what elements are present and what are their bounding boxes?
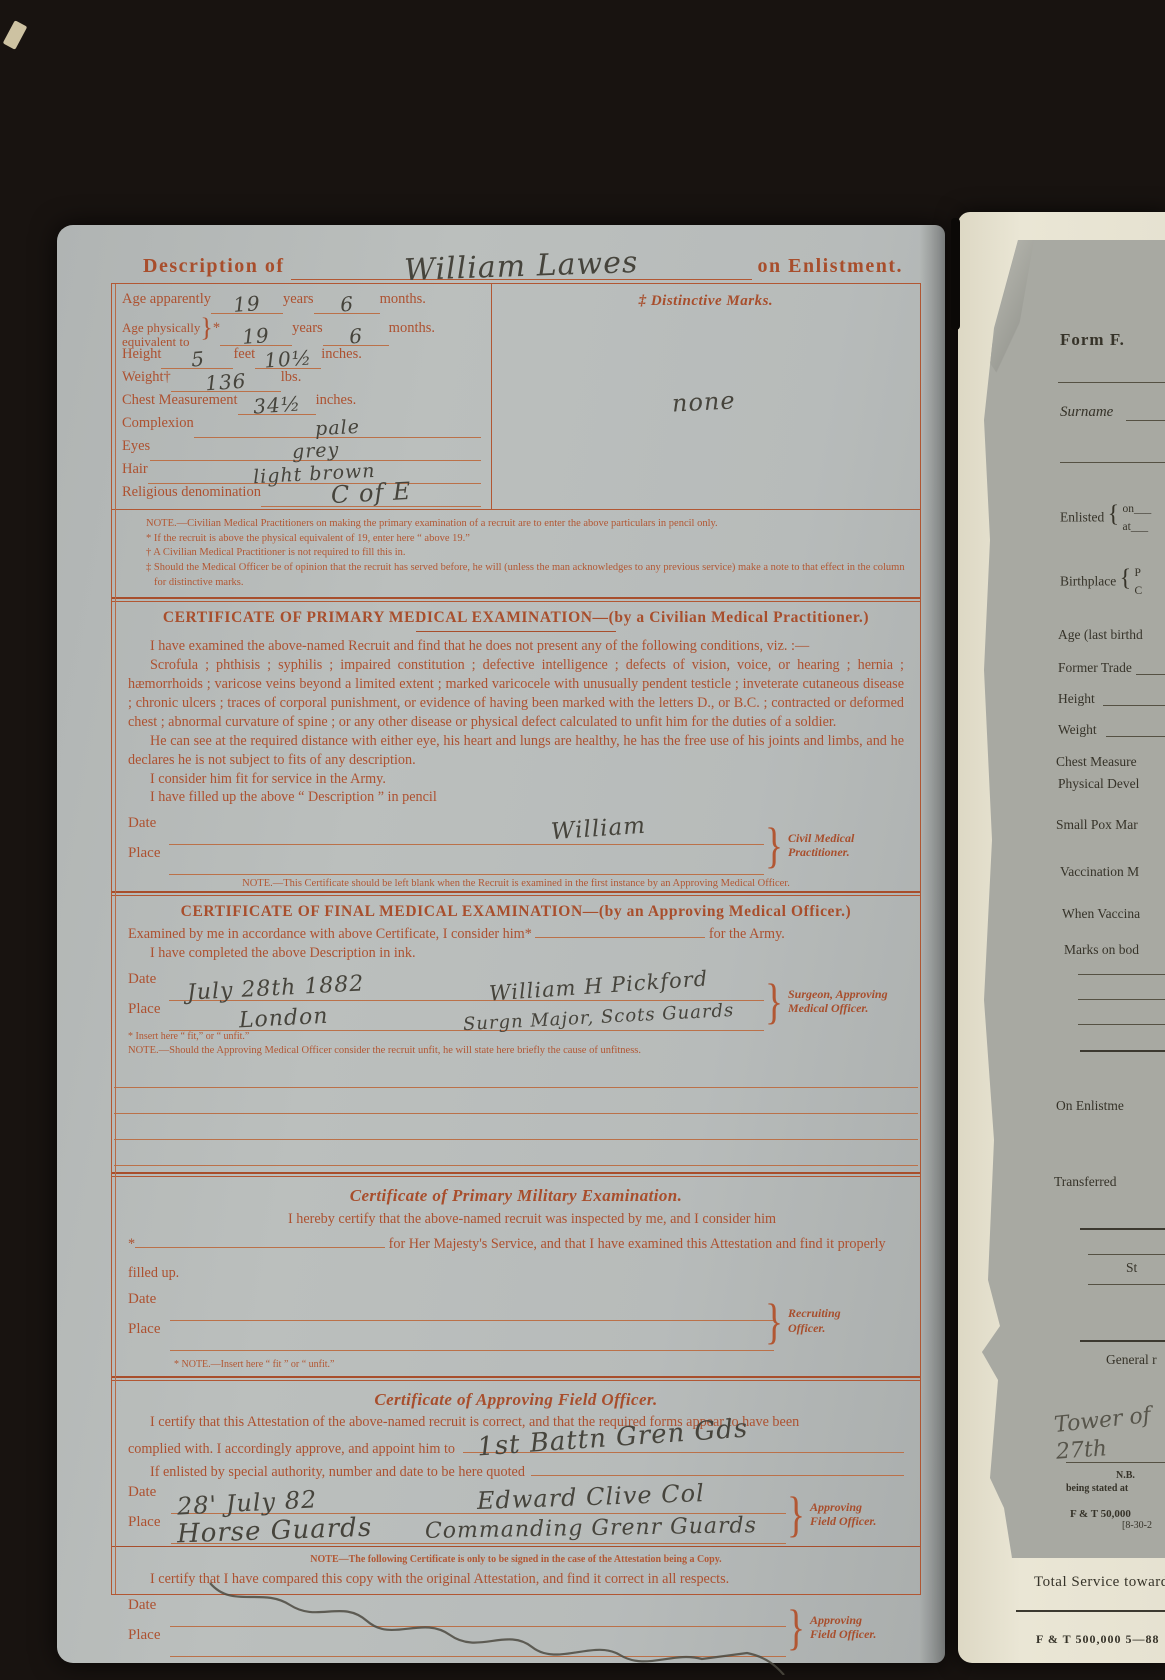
recruit-name-handwritten: William Lawes xyxy=(404,245,639,288)
form-f-field: Height xyxy=(1058,691,1095,707)
final-medical-heading: CERTIFICATE OF FINAL MEDICAL EXAMINATION… xyxy=(128,903,904,921)
place-label: Place xyxy=(128,1001,169,1018)
brace-glyph: } xyxy=(765,1301,783,1341)
approving-medical-officer-signer: } Surgeon, Approving Medical Officer. xyxy=(762,981,910,1021)
desc-row-age-apparently: Age apparently 19 years 6 months. xyxy=(122,291,481,314)
form-f-field: Physical Devel xyxy=(1058,776,1139,792)
military-line3: filled up. xyxy=(128,1264,904,1283)
months-value-handwritten: 6 xyxy=(348,328,363,345)
footnote-double-dagger: ‡ Should the Medical Officer be of opini… xyxy=(146,561,914,590)
thick-rule xyxy=(1016,1610,1165,1612)
surgeon-signature-handwritten: William H Pickford xyxy=(489,966,710,1005)
signer-role-line2: Practitioner. xyxy=(788,845,850,859)
field-unit: months. xyxy=(389,320,435,337)
field-label: Hair xyxy=(122,461,148,478)
form-f-page: Form F. Surname Enlisted { on___ at___ B… xyxy=(958,212,1165,1663)
field-line: 34½ xyxy=(238,394,316,415)
copy-line: I certify that I have compared this copy… xyxy=(128,1570,904,1589)
unfitness-note: NOTE.—Should the Approving Medical Offic… xyxy=(128,1045,904,1056)
copy-note: NOTE—The following Certificate is only t… xyxy=(128,1554,904,1565)
ruled-line xyxy=(1078,974,1165,975)
footnote-pencil: NOTE.—Civilian Medical Practitioners on … xyxy=(146,517,914,532)
form-f-field: Chest Measure xyxy=(1056,754,1137,770)
field-officer-p1b: complied with. I accordingly approve, an… xyxy=(128,1432,904,1459)
copy-certificate-section: NOTE—The following Certificate is only t… xyxy=(112,1547,920,1659)
primary-medical-p1: I have examined the above-named Recruit … xyxy=(128,637,904,656)
religion-value-handwritten: C of E xyxy=(330,481,412,507)
enlisted-on-at: on___ at___ xyxy=(1123,500,1152,537)
title-prefix: Description of xyxy=(143,255,285,278)
place-label: Place xyxy=(128,845,169,862)
date-label: Date xyxy=(128,815,169,832)
field-label: Height xyxy=(122,346,161,363)
appoint-him-text: complied with. I accordingly approve, an… xyxy=(128,1440,455,1459)
military-examination-section: Certificate of Primary Military Examinat… xyxy=(112,1177,920,1376)
primary-medical-p5: I have filled up the above “ Description… xyxy=(128,788,904,807)
paper-speck xyxy=(3,20,28,50)
special-authority-line: If enlisted by special authority, number… xyxy=(128,1463,904,1482)
place-label: Place xyxy=(128,1514,171,1531)
form-f-field: Vaccination M xyxy=(1060,864,1139,880)
signer-role: Civil Medical Practitioner. xyxy=(788,831,910,860)
distinctive-marks-handwritten: none xyxy=(671,390,736,415)
military-line2: * for Her Majesty's Service, and that I … xyxy=(128,1235,904,1254)
ruled-line xyxy=(1066,1462,1165,1463)
consider-him-text: Examined by me in accordance with above … xyxy=(128,926,532,942)
footnote-dagger: † A Civilian Medical Practitioner is not… xyxy=(146,546,914,561)
field-line: C of E xyxy=(261,483,481,507)
place-row: Place xyxy=(128,1321,774,1351)
desc-row-complexion: Complexion pale xyxy=(122,415,481,438)
brace-glyph: } xyxy=(200,318,212,339)
complexion-value-handwritten: pale xyxy=(315,420,361,438)
date-line xyxy=(170,1626,444,1627)
ruled-line xyxy=(1106,736,1165,737)
on-enlistment-label: On Enlistme xyxy=(1056,1098,1124,1114)
signer-role-line2: Medical Officer. xyxy=(788,1001,868,1015)
field-line: grey xyxy=(150,442,481,461)
field-line: pale xyxy=(194,419,481,438)
age-value-handwritten: 19 xyxy=(233,295,262,313)
form-f-field: Age (last birthd xyxy=(1058,627,1143,643)
attestation-page: Description of William Lawes on Enlistme… xyxy=(57,225,945,1663)
nb-fragment: N.B. xyxy=(1116,1470,1135,1481)
surgeon-rank-handwritten: Surgn Major, Scots Guards xyxy=(463,1000,735,1035)
signer-role-line1: Approving xyxy=(810,1613,862,1627)
date-row: Date July 28th 1882 William H Pickford xyxy=(128,971,764,1001)
signer-role: Approving Field Officer. xyxy=(810,1613,910,1642)
authority-line xyxy=(531,1475,904,1476)
birthplace-label: Birthplace xyxy=(1060,573,1116,588)
field-unit: lbs. xyxy=(281,369,302,386)
field-place-handwritten: Horse Guards xyxy=(176,1513,372,1550)
distinctive-marks-heading: ‡ Distinctive Marks. xyxy=(492,293,920,310)
field-line: 19 xyxy=(220,325,292,346)
fit-unfit-line xyxy=(535,937,705,938)
signature-line xyxy=(439,1350,774,1351)
thick-rule xyxy=(1080,1340,1165,1342)
desc-row-chest: Chest Measurement 34½ inches. xyxy=(122,392,481,415)
copy-signature-block: Date Place } Approving xyxy=(128,1597,904,1657)
height-inches-handwritten: 10½ xyxy=(264,349,313,368)
footnote-star: * If the recruit is above the physical e… xyxy=(146,532,914,547)
enlisted-label: Enlisted xyxy=(1060,509,1104,524)
field-unit: inches. xyxy=(316,392,357,409)
field-unit: years xyxy=(283,291,314,308)
desc-row-weight: Weight† 136 lbs. xyxy=(122,369,481,392)
for-the-army-text: for the Army. xyxy=(709,926,785,942)
date-handwritten: 27th xyxy=(1055,1436,1108,1464)
date-row: Date xyxy=(128,1291,774,1321)
age-equiv-value-handwritten: 19 xyxy=(242,327,271,345)
form-f-field: When Vaccina xyxy=(1062,906,1140,922)
page-title: Description of William Lawes on Enlistme… xyxy=(143,245,903,280)
place-row: Place Horse Guards Commanding Grenr Guar… xyxy=(128,1514,786,1544)
title-suffix: on Enlistment. xyxy=(758,255,903,278)
final-medical-signature-block: Date July 28th 1882 William H Pickford P… xyxy=(128,971,904,1031)
commanding-handwritten: Commanding Grenr Guards xyxy=(425,1513,757,1544)
surname-label: Surname xyxy=(1060,404,1113,421)
weight-value-handwritten: 136 xyxy=(205,373,247,392)
birthplace-line1: P xyxy=(1135,567,1141,579)
final-medical-section: CERTIFICATE OF FINAL MEDICAL EXAMINATION… xyxy=(112,896,920,1058)
colonel-signature-line: Edward Clive Col xyxy=(396,1485,787,1514)
practitioner-signature-line: William xyxy=(434,818,764,845)
ruled-line xyxy=(1103,705,1165,706)
scanned-attestation-document: Description of William Lawes on Enlistme… xyxy=(0,0,1165,1680)
field-unit: years xyxy=(292,320,323,337)
form-f-label: Form F. xyxy=(1060,330,1125,350)
months-value-handwritten: 6 xyxy=(339,296,354,313)
heading-rule xyxy=(416,631,616,632)
chest-value-handwritten: 34½ xyxy=(252,395,301,414)
surgeon-signature-line: William H Pickford xyxy=(434,976,764,1001)
final-place-handwritten: London xyxy=(238,1004,329,1034)
primary-medical-p2: Scrofula ; phthisis ; syphilis ; impaire… xyxy=(128,656,904,732)
signer-role: Recruiting Officer. xyxy=(788,1306,910,1335)
military-line1: I hereby certify that the above-named re… xyxy=(128,1210,904,1229)
desc-row-religion: Religious denomination C of E xyxy=(122,484,481,507)
footnotes-block: NOTE.—Civilian Medical Practitioners on … xyxy=(112,510,920,597)
final-medical-line1: Examined by me in accordance with above … xyxy=(128,925,904,944)
form-f-field: Weight xyxy=(1058,722,1097,738)
star-marker: * xyxy=(213,320,220,337)
ruled-line xyxy=(1136,674,1165,675)
form-f-field: Former Trade xyxy=(1058,660,1132,676)
spine-ink-mark xyxy=(951,218,960,330)
field-officer-heading: Certificate of Approving Field Officer. xyxy=(128,1390,904,1410)
recruiting-officer-signer: } Recruiting Officer. xyxy=(762,1301,910,1341)
primary-medical-signature-block: Date William Place } Civil M xyxy=(128,815,904,875)
ruled-line xyxy=(1078,1024,1165,1025)
field-line: light brown xyxy=(148,465,481,484)
form-f-field: Small Pox Mar xyxy=(1056,817,1138,833)
brace-glyph: } xyxy=(787,1494,805,1534)
enlisted-on-label: on xyxy=(1123,503,1135,515)
final-date-handwritten: July 28th 1882 xyxy=(186,971,365,1005)
description-fields: Age apparently 19 years 6 months. Age ph… xyxy=(112,284,492,509)
signer-role-line2: Officer. xyxy=(788,1321,825,1335)
description-table: Age apparently 19 years 6 months. Age ph… xyxy=(112,284,920,510)
desc-row-hair: Hair light brown xyxy=(122,461,481,484)
field-label: Weight† xyxy=(122,369,171,386)
place-line xyxy=(169,874,434,875)
star-marker: * xyxy=(128,1236,135,1252)
print-code-small: F & T 50,000 xyxy=(1070,1508,1131,1520)
field-unit: months. xyxy=(380,291,426,308)
thick-rule xyxy=(1080,1050,1165,1052)
form-f-field: Marks on bod xyxy=(1064,942,1139,958)
signature-line xyxy=(445,1626,787,1627)
ruled-line xyxy=(1088,1284,1165,1285)
thick-rule xyxy=(1080,1228,1165,1230)
signature-line xyxy=(434,874,764,875)
ruled-line xyxy=(114,1088,918,1114)
eyes-value-handwritten: grey xyxy=(292,443,340,461)
signer-role-line1: Recruiting xyxy=(788,1306,841,1320)
ruled-line xyxy=(1058,382,1165,383)
field-line: 6 xyxy=(323,325,389,346)
primary-medical-heading: CERTIFICATE OF PRIMARY MEDICAL EXAMINATI… xyxy=(128,609,904,627)
desc-row-eyes: Eyes grey xyxy=(122,438,481,461)
birthplace-parish-county: P C xyxy=(1135,564,1143,601)
transferred-label: Transferred xyxy=(1054,1174,1116,1190)
blank-ruled-lines xyxy=(114,1062,918,1166)
brace-glyph: } xyxy=(787,1607,805,1647)
brace-glyph: } xyxy=(765,981,783,1021)
field-label: Eyes xyxy=(122,438,150,455)
birthplace-line2: C xyxy=(1135,585,1143,597)
height-feet-handwritten: 5 xyxy=(190,351,205,368)
desc-row-age-equivalent: Age physically equivalent to } * 19 year… xyxy=(122,314,481,346)
form-frame: Age apparently 19 years 6 months. Age ph… xyxy=(111,283,921,1595)
ruled-line xyxy=(114,1140,918,1166)
primary-medical-note: NOTE.—This Certificate should be left bl… xyxy=(128,878,904,889)
ruled-line xyxy=(1126,420,1165,421)
date-label: Date xyxy=(128,1484,171,1501)
date-row: Date xyxy=(128,1597,786,1627)
ruled-line xyxy=(114,1114,918,1140)
signer-role: Surgeon, Approving Medical Officer. xyxy=(788,987,910,1016)
military-line2-text: for Her Majesty's Service, and that I ha… xyxy=(389,1236,886,1252)
colonel-signature-handwritten: Edward Clive Col xyxy=(476,1479,705,1515)
field-officer-section: Certificate of Approving Field Officer. … xyxy=(112,1381,920,1547)
field-label: Age physically equivalent to xyxy=(122,321,200,348)
field-line: 10½ xyxy=(255,348,321,369)
signer-role-line1: Approving xyxy=(810,1500,862,1514)
date-row: Date 28' July 82 Edward Clive Col xyxy=(128,1484,786,1514)
signer-role: Approving Field Officer. xyxy=(810,1500,910,1529)
recruit-name-line: William Lawes xyxy=(291,245,752,280)
date-row: Date William xyxy=(128,815,764,845)
enlisted-row: Enlisted { on___ at___ xyxy=(1060,500,1151,537)
brace-glyph: } xyxy=(765,825,783,865)
appoint-line: 1st Battn Gren Gds xyxy=(463,1432,904,1453)
print-code-small-2: [8-30-2 xyxy=(1122,1520,1152,1531)
field-label: Chest Measurement xyxy=(122,392,238,409)
place-line: Horse Guards xyxy=(171,1543,396,1544)
distinctive-marks-column: ‡ Distinctive Marks. none xyxy=(492,284,920,509)
approving-field-officer-signer: } Approving Field Officer. xyxy=(784,1607,910,1647)
military-heading: Certificate of Primary Military Examinat… xyxy=(128,1186,904,1206)
commanding-line: Commanding Grenr Guards xyxy=(396,1518,787,1544)
ruled-line xyxy=(1060,462,1165,463)
approving-field-officer-signer: } Approving Field Officer. xyxy=(784,1494,910,1534)
final-medical-line2: I have completed the above Description i… xyxy=(128,944,904,963)
ruled-line xyxy=(1078,999,1165,1000)
date-line: July 28th 1882 xyxy=(169,1000,434,1001)
station-fragment: St xyxy=(1126,1260,1137,1276)
signer-role-line1: Surgeon, Approving xyxy=(788,987,888,1001)
torn-fold-corner xyxy=(988,240,1034,390)
field-label: Religious denomination xyxy=(122,484,261,501)
field-line: 19 xyxy=(211,293,283,314)
desc-row-height: Height 5 feet 10½ inches. xyxy=(122,346,481,369)
signature-line xyxy=(439,1320,774,1321)
military-signature-block: Date Place } Recruiting xyxy=(128,1291,904,1351)
date-label: Date xyxy=(128,1597,170,1614)
date-line xyxy=(170,1320,439,1321)
signer-role-line2: Field Officer. xyxy=(810,1627,876,1641)
birthplace-row: Birthplace { P C xyxy=(1060,564,1142,601)
place-row: Place London Surgn Major, Scots Guards xyxy=(128,1001,764,1031)
general-remarks-fragment: General r xyxy=(1106,1352,1157,1368)
fit-unfit-line xyxy=(135,1247,385,1248)
place-row: Place xyxy=(128,1627,786,1657)
military-footnote: * NOTE.—Insert here “ fit ” or “ unfit.” xyxy=(174,1359,904,1370)
being-stated-fragment: being stated at xyxy=(1066,1483,1128,1494)
primary-medical-p4: I consider him fit for service in the Ar… xyxy=(128,770,904,789)
special-authority-text: If enlisted by special authority, number… xyxy=(128,1463,525,1482)
signer-role-line2: Field Officer. xyxy=(810,1514,876,1528)
date-line xyxy=(169,844,434,845)
place-line xyxy=(170,1656,444,1657)
place-label: Place xyxy=(128,1321,170,1338)
ruled-line xyxy=(1088,1254,1165,1255)
brace-glyph: { xyxy=(1120,565,1132,591)
field-label: Complexion xyxy=(122,415,194,432)
total-service-fragment: Total Service towards xyxy=(1034,1574,1165,1591)
brace-glyph: { xyxy=(1108,501,1120,527)
place-label: Place xyxy=(128,1627,170,1644)
practitioner-signature-handwritten: William xyxy=(550,813,647,846)
enlisted-at-label: at xyxy=(1123,521,1131,533)
civil-practitioner-signer: } Civil Medical Practitioner. xyxy=(762,825,910,865)
field-line: 6 xyxy=(314,293,380,314)
field-officer-signature-block: Date 28' July 82 Edward Clive Col Place … xyxy=(128,1484,904,1544)
field-unit: inches. xyxy=(321,346,362,363)
place-line: London xyxy=(169,1030,434,1031)
surgeon-rank-line: Surgn Major, Scots Guards xyxy=(434,1009,764,1031)
primary-medical-section: CERTIFICATE OF PRIMARY MEDICAL EXAMINATI… xyxy=(112,602,920,891)
signer-role-line1: Civil Medical xyxy=(788,831,854,845)
ruled-line xyxy=(114,1062,918,1088)
date-label: Date xyxy=(128,1291,170,1308)
signature-line xyxy=(445,1656,787,1657)
print-code-footer: F & T 500,000 5—88 xyxy=(1036,1632,1159,1647)
place-line xyxy=(170,1350,439,1351)
primary-medical-p3: He can see at the required distance with… xyxy=(128,732,904,770)
place-row: Place xyxy=(128,845,764,875)
field-line: 136 xyxy=(171,371,281,392)
field-label: Age apparently xyxy=(122,291,211,308)
field-line: 5 xyxy=(161,348,233,369)
date-label: Date xyxy=(128,971,169,988)
